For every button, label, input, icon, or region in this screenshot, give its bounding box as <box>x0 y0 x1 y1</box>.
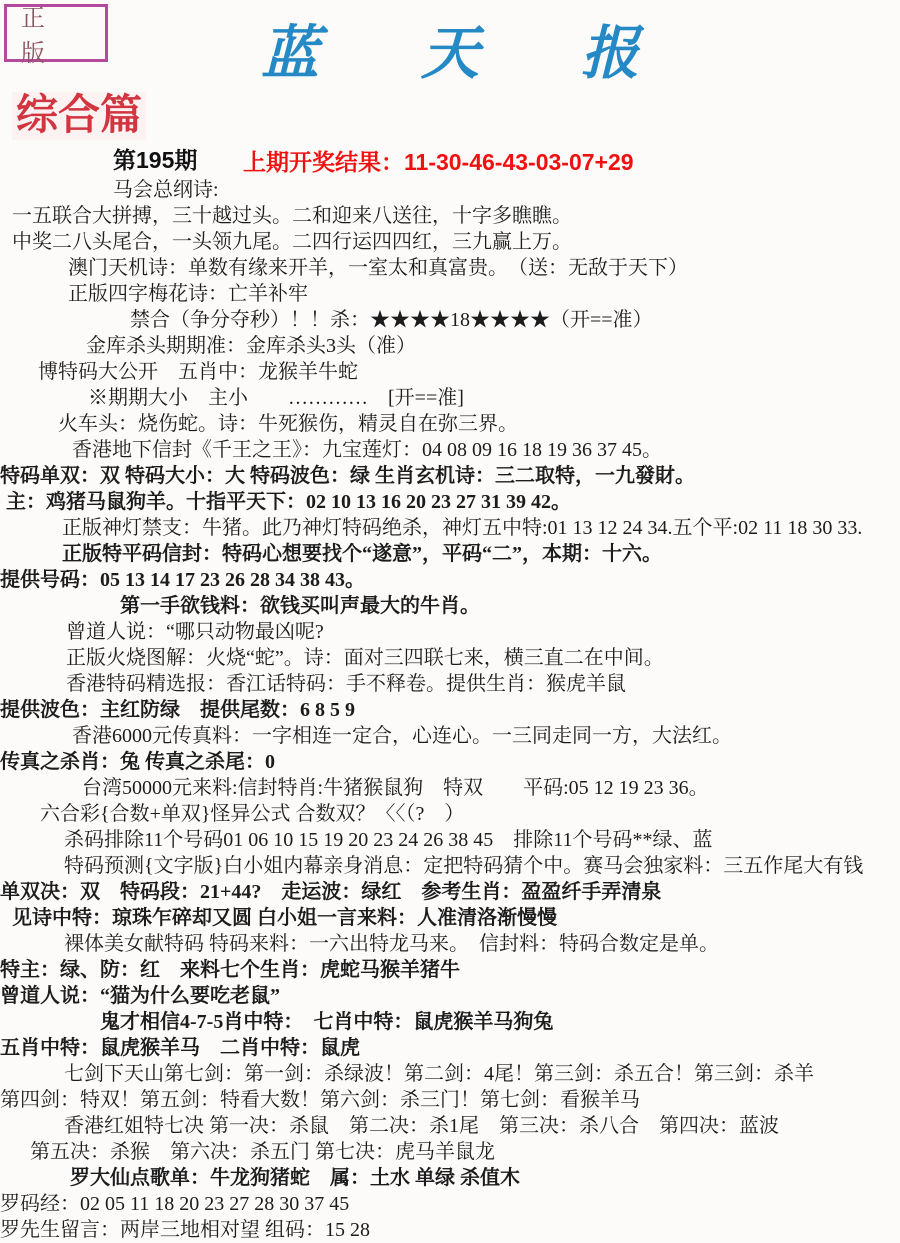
body-line: 博特码大公开 五肖中：龙猴羊牛蛇 <box>0 359 900 385</box>
body-line: 正版神灯禁支：牛猪。此乃神灯特码绝杀，神灯五中特:01 13 12 24 34.… <box>0 515 900 541</box>
body-line: 第一手欲钱料：欲钱买叫声最大的牛肖。 <box>0 593 900 619</box>
body-line: ※期期大小 主小 ………… [开==准] <box>0 385 900 411</box>
body-line: 罗大仙点歌单：牛龙狗猪蛇 属：土水 单绿 杀值木 <box>0 1165 900 1191</box>
body-line: 一五联合大拼搏，三十越过头。二和迎来八送往，十字多瞧瞧。 <box>0 203 900 229</box>
body-line: 传真之杀肖：兔 传真之杀尾：0 <box>0 749 900 775</box>
body-line: 见诗中特：琼珠乍碎却又圆 白小姐一言来料：人准清洛渐慢慢 <box>0 905 900 931</box>
issue-number: 第195期 <box>113 142 197 175</box>
body-line: 单双决：双 特码段：21+44? 走运波：绿红 参考生肖：盈盈纤手弄清泉 <box>0 879 900 905</box>
body-line: 正版四字梅花诗：亡羊补牢 <box>0 281 900 307</box>
body-line: 中奖二八头尾合，一头领九尾。二四行运四四红，三九赢上万。 <box>0 229 900 255</box>
body-line: 特主：绿、防：红 来料七个生肖：虎蛇马猴羊猪牛 <box>0 957 900 983</box>
body-line: 罗码经：02 05 11 18 20 23 27 28 30 37 45 <box>0 1191 900 1217</box>
body-line: 七剑下天山第七剑：第一剑：杀绿波！第二剑：4尾！第三剑：杀五合！第三剑：杀羊 <box>0 1061 900 1087</box>
body-line: 马会总纲诗: <box>0 177 900 203</box>
body-line: 第五决：杀猴 第六决：杀五门 第七决：虎马羊鼠龙 <box>0 1139 900 1165</box>
body-line: 香港地下信封《千王之王》：九宝莲灯：04 08 09 16 18 19 36 3… <box>0 437 900 463</box>
body-line: 金库杀头期期准：金库杀头3头（准） <box>0 333 900 359</box>
body-line: 禁合（争分夺秒）！！杀：★★★★18★★★★（开==准） <box>0 307 900 333</box>
body-line: 正版特平码信封：特码心想要找个“遂意”，平码“二”，本期：十六。 <box>0 541 900 567</box>
body-line: 罗先生留言：两岸三地相对望 组码：15 28 <box>0 1217 900 1243</box>
body-line: 曾道人说：“哪只动物最凶呢? <box>0 619 900 645</box>
body-line: 正版火烧图解：火烧“蛇”。诗：面对三四联七来，横三直二在中间。 <box>0 645 900 671</box>
body-line: 香港特码精选报：香江话特码：手不释卷。提供生肖：猴虎羊鼠 <box>0 671 900 697</box>
body-line: 曾道人说：“猫为什么要吃老鼠” <box>0 983 900 1009</box>
paper-title: 蓝 天 报 <box>0 6 900 90</box>
body-line: 六合彩{合数+单双}怪异公式 合数双？〈〈（? ） <box>0 801 900 827</box>
body-line: 特码单双：双 特码大小：大 特码波色：绿 生肖玄机诗：三二取特，一九發財。 <box>0 463 900 489</box>
last-draw-result: 上期开奖结果：11-30-46-43-03-07+29 <box>243 144 634 177</box>
body-line: 五肖中特：鼠虎猴羊马 二肖中特：鼠虎 <box>0 1035 900 1061</box>
body-line: 台湾50000元来料:信封特肖:牛猪猴鼠狗 特双 平码:05 12 19 23 … <box>0 775 900 801</box>
body-line: 特码预测{文字版}白小姐内幕亲身消息：定把特码猜个中。赛马会独家料：三五作尾大有… <box>0 853 900 879</box>
body-line: 提供波色：主红防绿 提供尾数：6 8 5 9 <box>0 697 900 723</box>
body-line: 澳门天机诗：单数有缘来开羊，一室太和真富贵。 （送：无敌于天下） <box>0 255 900 281</box>
body-line: 第四剑：特双！第五剑：特看大数！第六剑：杀三门！第七剑：看猴羊马 <box>0 1087 900 1113</box>
body-line: 裸体美女献特码 特码来料：一六出特龙马来。 信封料：特码合数定是单。 <box>0 931 900 957</box>
body-line: 火车头：烧伤蛇。诗：牛死猴伤，精灵自在弥三界。 <box>0 411 900 437</box>
body-line: 香港红姐特七决 第一决：杀鼠 第二决：杀1尾 第三决：杀八合 第四决：蓝波 <box>0 1113 900 1139</box>
section-title: 综合篇 <box>12 92 146 140</box>
body-line: 主：鸡猪马鼠狗羊。十指平天下：02 10 13 16 20 23 27 31 3… <box>0 489 900 515</box>
body-line: 杀码排除11个号码01 06 10 15 19 20 23 24 26 38 4… <box>0 827 900 853</box>
body-line: 鬼才相信4-7-5肖中特： 七肖中特：鼠虎猴羊马狗兔 <box>0 1009 900 1035</box>
body-line: 香港6000元传真料：一字相连一定合，心连心。一三同走同一方，大法红。 <box>0 723 900 749</box>
body-lines: 马会总纲诗:一五联合大拼搏，三十越过头。二和迎来八送往，十字多瞧瞧。中奖二八头尾… <box>0 177 900 1243</box>
body-line: 提供号码：05 13 14 17 23 26 28 34 38 43。 <box>0 567 900 593</box>
newspaper-page: 正 版 蓝 天 报 综合篇 第195期 上期开奖结果：11-30-46-43-0… <box>0 0 900 1243</box>
